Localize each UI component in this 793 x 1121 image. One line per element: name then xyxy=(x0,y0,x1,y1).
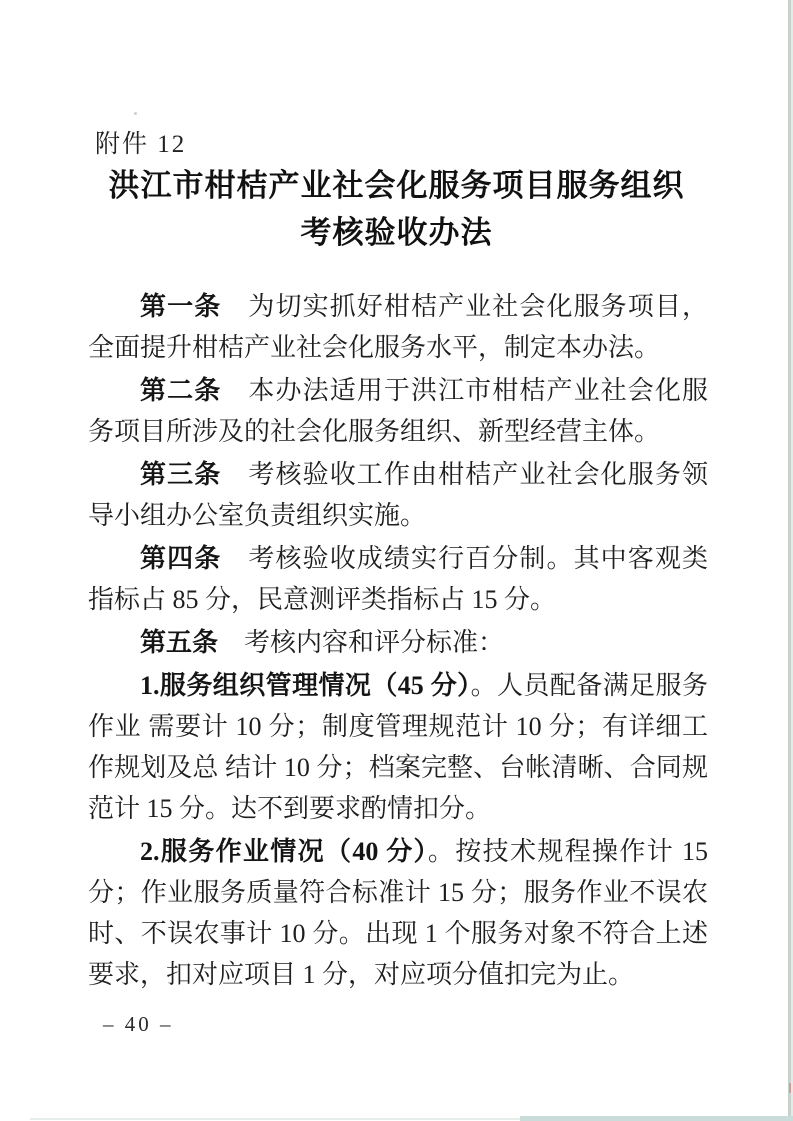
paragraph-item-2-label: 2.服务作业情况（40 分） xyxy=(140,837,428,866)
paragraph-article-4: 第四条 考核验收成绩实行百分制。其中客观类指标占 85 分，民意测评类指标占 1… xyxy=(88,538,708,620)
attachment-label: 附件 12 xyxy=(95,124,186,160)
paragraph-item-2: 2.服务作业情况（40 分）。按技术规程操作计 15 分；作业服务质量符合标准计… xyxy=(88,831,708,995)
document-body: 第一条 为切实抓好柑桔产业社会化服务项目，全面提升柑桔产业社会化服务水平，制定本… xyxy=(88,286,708,997)
scan-edge-artifact-bottom-right xyxy=(520,1116,793,1121)
scan-edge-artifact-right xyxy=(788,0,791,1121)
paragraph-article-3-label: 第三条 xyxy=(140,460,221,489)
paragraph-article-3: 第三条 考核验收工作由柑桔产业社会化服务领导小组办公室负责组织实施。 xyxy=(88,454,708,536)
paragraph-article-1: 第一条 为切实抓好柑桔产业社会化服务项目，全面提升柑桔产业社会化服务水平，制定本… xyxy=(88,286,708,368)
paragraph-item-1: 1.服务组织管理情况（45 分）。人员配备满足服务作业 需要计 10 分；制度管… xyxy=(88,665,708,829)
paragraph-article-5-text: 考核内容和评分标准： xyxy=(218,628,504,657)
scan-speck-artifact xyxy=(134,112,137,115)
paragraph-item-1-label: 1.服务组织管理情况（45 分） xyxy=(140,671,471,700)
paragraph-article-2-label: 第二条 xyxy=(140,376,221,405)
scan-edge-artifact-bottom-left xyxy=(30,1118,520,1120)
document-title-line2: 考核验收办法 xyxy=(301,215,493,250)
page-number: – 40 – xyxy=(103,1012,174,1037)
paragraph-article-1-label: 第一条 xyxy=(140,292,221,321)
paragraph-article-5-label: 第五条 xyxy=(140,628,218,657)
scan-edge-artifact-red-tick xyxy=(789,1083,791,1093)
paragraph-article-4-label: 第四条 xyxy=(140,544,221,573)
paragraph-article-5: 第五条 考核内容和评分标准： xyxy=(88,622,708,663)
document-title: 洪江市柑桔产业社会化服务项目服务组织 考核验收办法 xyxy=(0,162,793,256)
document-title-line1: 洪江市柑桔产业社会化服务项目服务组织 xyxy=(109,168,685,203)
document-page: 附件 12 洪江市柑桔产业社会化服务项目服务组织 考核验收办法 第一条 为切实抓… xyxy=(0,0,793,1121)
paragraph-article-2: 第二条 本办法适用于洪江市柑桔产业社会化服务项目所涉及的社会化服务组织、新型经营… xyxy=(88,370,708,452)
